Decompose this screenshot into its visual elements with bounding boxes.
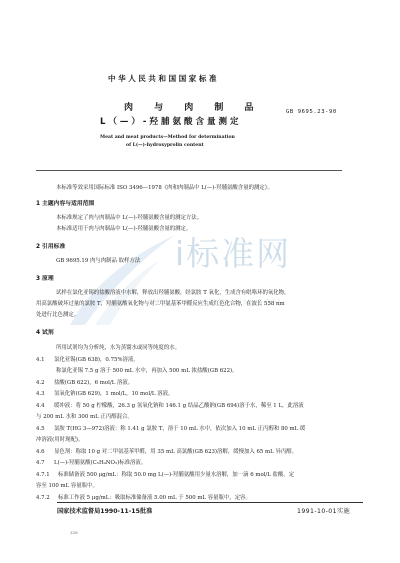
intro-paragraph: 本标准等效采用国际标准 ISO 3496—1978《肉和肉制品中 L(—)-羟脯… <box>56 183 273 191</box>
section-paragraph: 处进行比色测定。 <box>36 310 79 318</box>
watermark-logo-text: i标准网 <box>175 228 291 275</box>
section-paragraph: 本标准规定了肉与肉制品中 L(—)-羟脯氨酸含量的测定方法。 <box>56 213 202 221</box>
reagent-item: 容至 100 mL 容量瓶中。 <box>36 481 98 489</box>
reagent-item: 4.5氯胺 T(HG 3—972)溶液：称 1.41 g 氯胺 T，溶于 10 … <box>36 424 305 432</box>
page-number: 328 <box>70 530 78 535</box>
section-heading-references: 2 引用标准 <box>36 241 65 250</box>
section-paragraph: 试样在氯化亚锡的盐酸溶液中水解，释放出羟脯氨酸，经氯胺 T 氧化，生成含有吡咯环… <box>56 288 289 296</box>
reagent-item: 4.4缓冲液：将 50 g 柠檬酸，26.3 g 氢氧化钠和 146.1 g 结… <box>36 401 304 409</box>
title-cn-line2: L（—）-羟脯氨酸含量测定 <box>100 115 241 127</box>
section-paragraph: GB 9695.19 肉与肉制品 取样方法 <box>56 256 140 264</box>
reagent-item: 4.7L(—)-羟脯氨酸(C₅H₉NO₃)标准溶液。 <box>36 458 146 466</box>
section-paragraph: 用高氯酸破坏过量的氯胺 T，羟脯氨酸氧化物与对二甲氨基苯甲醛反应生成红色化合物，… <box>36 299 285 307</box>
national-standard-label: 中华人民共和国国家标准 <box>108 73 219 84</box>
title-cn-line1: 肉 与 肉 制 品 <box>124 100 263 113</box>
reagent-item: 冲溶液(用时现配)。 <box>36 435 83 443</box>
section-paragraph: 所用试剂均为分析纯，水为蒸馏水或同等纯度的水。 <box>56 343 180 351</box>
header-divider <box>36 170 342 171</box>
footer-divider <box>57 502 363 503</box>
reagent-item: 4.7.1标准储备液 500 μg/mL：称取 50.0 mg L(—)-羟脯氨… <box>36 470 294 478</box>
section-paragraph: 本标准适用于肉与肉制品中 L(—)-羟脯氨酸含量的测定。 <box>56 224 191 232</box>
reagent-item: 称氯化亚锡 7.5 g 溶于 500 mL 水中，再加入 500 mL 浓盐酸(… <box>56 366 238 374</box>
reagent-item: 4.3氢氧化钠(GB 629)，1 mol/L，10 mol/L 溶液。 <box>36 389 173 397</box>
section-heading-reagents: 4 试剂 <box>36 327 54 336</box>
effective-date: 1991-10-01实施 <box>297 506 350 515</box>
standard-number: GB 9695.23-90 <box>286 109 337 115</box>
reagent-item: 4.6显色剂：称取 10 g 对二甲氨基苯甲醛，用 35 mL 高氯酸(GB 6… <box>36 447 297 455</box>
section-heading-principle: 3 原理 <box>36 273 54 282</box>
reagent-item: 4.1氯化亚锡(GB 638)，0.75%溶液。 <box>36 355 139 363</box>
approval-date: 国家技术监督局1990-11-15批准 <box>57 506 152 515</box>
reagent-item: 4.7.2标准工作液 5 μg/mL：吸取标准储备液 5.00 mL 于 500… <box>36 493 251 501</box>
reagent-item: 4.2盐酸(GB 622)，6 mol/L 溶液。 <box>36 378 133 386</box>
title-en-line1: Meat and meat products—Method for determ… <box>100 135 235 140</box>
section-heading-scope: 1 主题内容与适用范围 <box>36 198 94 207</box>
title-en-line2: of L(—)-hydroxyprolin content <box>126 143 204 148</box>
reagent-item: 与 200 mL 水和 300 mL 正丙醇混合。 <box>36 412 133 420</box>
